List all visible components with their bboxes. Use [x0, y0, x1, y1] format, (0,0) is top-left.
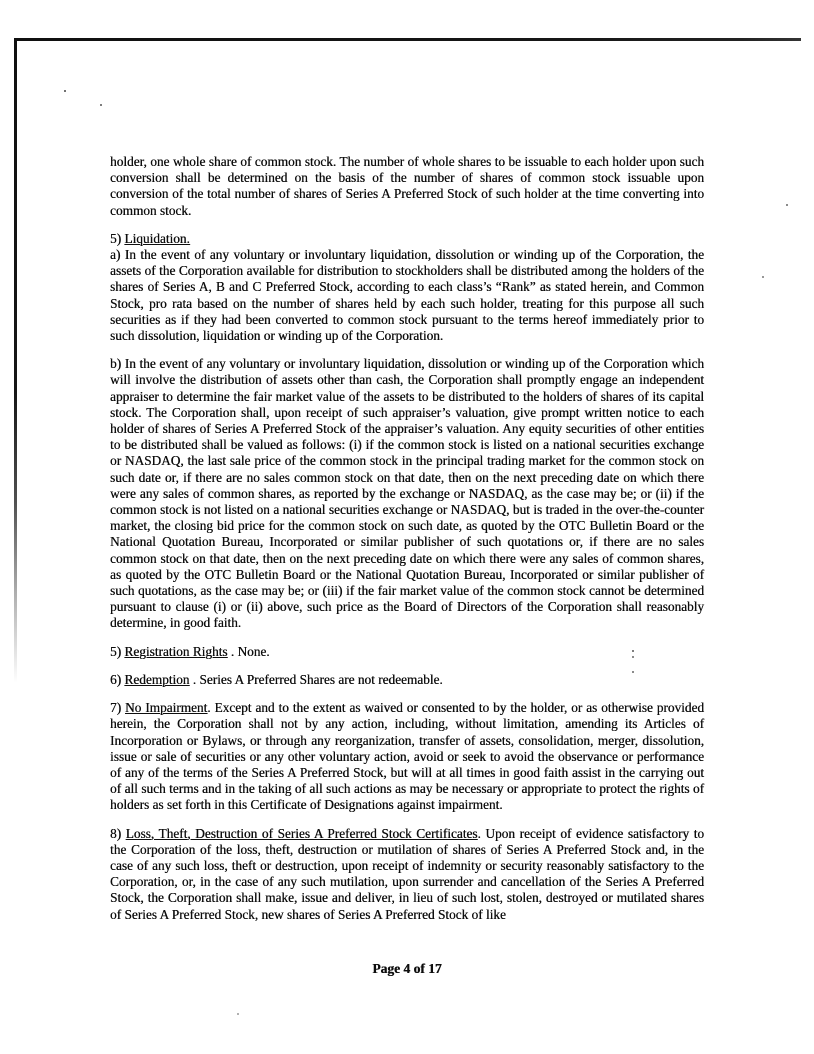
section-title: Liquidation. [124, 231, 189, 246]
page-footer: Page 4 of 17 [110, 961, 704, 977]
scan-speck [100, 104, 102, 106]
section-5-liquidation-heading: 5) Liquidation. [110, 231, 704, 247]
scan-speck [64, 90, 66, 92]
scan-speck [762, 276, 764, 278]
section-body: . None. [227, 644, 269, 659]
section-body: . Series A Preferred Shares are not rede… [189, 672, 442, 687]
document-text-column: holder, one whole share of common stock.… [110, 154, 704, 935]
section-body: . Except and to the extent as waived or … [110, 700, 704, 812]
section-7-no-impairment: 7) No Impairment. Except and to the exte… [110, 700, 704, 813]
scan-border-top [15, 38, 801, 41]
section-number: 6) [110, 672, 124, 687]
section-5-registration-rights: 5) Registration Rights . None. [110, 644, 704, 660]
section-title: Loss, Theft, Destruction of Series A Pre… [126, 826, 478, 841]
section-number: 7) [110, 700, 125, 715]
scan-border-left [14, 38, 17, 683]
section-title: Registration Rights [124, 644, 227, 659]
section-6-redemption: 6) Redemption . Series A Preferred Share… [110, 672, 704, 688]
section-number: 8) [110, 826, 126, 841]
scan-speck [237, 1013, 239, 1015]
scanned-document-page: holder, one whole share of common stock.… [0, 0, 814, 1054]
paragraph-liquidation-b: b) In the event of any voluntary or invo… [110, 356, 704, 631]
section-number: 5) [110, 644, 124, 659]
paragraph-conversion-continuation: holder, one whole share of common stock.… [110, 154, 704, 219]
section-title: No Impairment [125, 700, 207, 715]
paragraph-liquidation-a: a) In the event of any voluntary or invo… [110, 247, 704, 344]
section-title: Redemption [124, 672, 189, 687]
section-8-loss-theft-destruction: 8) Loss, Theft, Destruction of Series A … [110, 826, 704, 923]
section-number: 5) [110, 231, 124, 246]
scan-speck [786, 204, 788, 206]
